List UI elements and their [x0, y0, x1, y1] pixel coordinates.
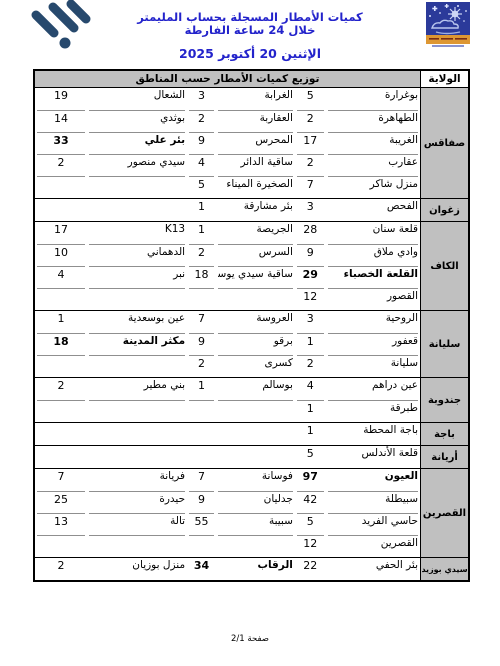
governorate-group: باجةباجة المحطة1	[35, 422, 468, 445]
station-name	[218, 288, 293, 310]
station-name: عين دراهم	[328, 378, 418, 400]
table-row: قعفور1برقو9مكثر المدينة18	[35, 333, 420, 355]
station-name: جدليان	[218, 491, 293, 513]
rainfall-value	[37, 400, 85, 422]
rainfall-table: الولاية توزيع كميات الأمطار حسب المناطق …	[33, 69, 470, 582]
rainfall-value: 55	[189, 513, 214, 535]
table-row: قلعة الأندلس5	[35, 446, 420, 468]
station-name	[89, 423, 185, 445]
rainfall-value: 2	[37, 378, 85, 400]
rainfall-value: 13	[37, 513, 85, 535]
rainfall-value: 12	[297, 288, 324, 310]
governorate-group: زغوانالفحص3بئر مشارقة1	[35, 198, 468, 221]
rainfall-value: 2	[297, 154, 324, 176]
rainfall-value: 17	[297, 132, 324, 154]
rainfall-value: 1	[189, 199, 214, 221]
station-name	[218, 423, 293, 445]
station-name: بوغرارة	[328, 88, 418, 110]
governorate-group: سيدي بوزيدبئر الحفي22الرقاب34منزل بوزيان…	[35, 557, 468, 580]
group-rows: قلعة سنان28الجريصة1K1317وادي ملاق9السرس2…	[35, 222, 420, 310]
page-number: صفحة 2/1	[0, 634, 500, 644]
station-name	[89, 400, 185, 422]
rainfall-value	[37, 446, 85, 468]
station-name: السرس	[218, 244, 293, 266]
station-name: سبيطلة	[328, 491, 418, 513]
document-page: كميات الأمطار المسجلة بحساب المليمتر خلا…	[0, 0, 500, 666]
logo-sun	[448, 7, 462, 21]
table-row: عين دراهم4بوسالم1بني مطير2	[35, 378, 420, 400]
report-title: كميات الأمطار المسجلة بحساب المليمتر خلا…	[90, 11, 410, 37]
group-rows: قلعة الأندلس5	[35, 446, 420, 468]
rainfall-value: 7	[37, 469, 85, 491]
station-name: الجريصة	[218, 222, 293, 244]
governorate-column-header: الولاية	[420, 71, 468, 87]
station-name: منزل شاكر	[328, 176, 418, 198]
rainfall-value	[37, 355, 85, 377]
station-name: بئر مشارقة	[218, 199, 293, 221]
table-row: باجة المحطة1	[35, 423, 420, 445]
rainfall-value: 5	[297, 513, 324, 535]
table-row: سليانة2كسرى2	[35, 355, 420, 377]
station-name: قلعة سنان	[328, 222, 418, 244]
rainfall-value	[37, 535, 85, 557]
station-name	[218, 400, 293, 422]
station-name: سليانة	[328, 355, 418, 377]
station-name: K13	[89, 222, 185, 244]
rainfall-value: 42	[297, 491, 324, 513]
station-name: بوسالم	[218, 378, 293, 400]
station-name: الفحص	[328, 199, 418, 221]
table-row: قلعة سنان28الجريصة1K1317	[35, 222, 420, 244]
rainfall-value: 19	[37, 88, 85, 110]
station-name: العروسة	[218, 311, 293, 333]
governorate-label: الكاف	[420, 222, 468, 310]
rainfall-value: 2	[189, 110, 214, 132]
table-body: صفاقسبوغرارة5الغرابة3الشعال19الطهاهرة2ال…	[35, 88, 468, 580]
governorate-group: القصرينالعيون97فوسانة7فريانة7سبيطلة42جدل…	[35, 468, 468, 557]
group-rows: الفحص3بئر مشارقة1	[35, 199, 420, 221]
governorate-group: أريانةقلعة الأندلس5	[35, 445, 468, 468]
rainfall-value: 7	[297, 176, 324, 198]
rainfall-value: 18	[189, 266, 214, 288]
governorate-label: باجة	[420, 423, 468, 445]
table-row: القلعة الخصباء29ساقية سيدي يوسف18نبر4	[35, 266, 420, 288]
report-date: الإثنين 20 أكتوبر 2025	[0, 46, 500, 61]
group-rows: العيون97فوسانة7فريانة7سبيطلة42جدليان9حيد…	[35, 469, 420, 557]
station-name: فريانة	[89, 469, 185, 491]
station-name	[89, 446, 185, 468]
group-rows: عين دراهم4بوسالم1بني مطير2طبرقة1	[35, 378, 420, 422]
governorate-label: القصرين	[420, 469, 468, 557]
rainfall-value: 10	[37, 244, 85, 266]
rainfall-value: 7	[189, 469, 214, 491]
table-row: بئر الحفي22الرقاب34منزل بوزيان2	[35, 558, 420, 580]
station-name: بئر الحفي	[328, 558, 418, 580]
station-name: مكثر المدينة	[89, 333, 185, 355]
station-name	[89, 199, 185, 221]
report-title-line2: خلال 24 ساعة الفارطة	[90, 24, 410, 37]
station-name	[89, 176, 185, 198]
rainfall-value: 2	[37, 558, 85, 580]
rainfall-value	[37, 423, 85, 445]
station-name: عين بوسعدية	[89, 311, 185, 333]
rainfall-value: 25	[37, 491, 85, 513]
rainfall-value: 29	[297, 266, 324, 288]
station-name: بني مطير	[89, 378, 185, 400]
station-name: القصرين	[328, 535, 418, 557]
station-name: القلعة الخصباء	[328, 266, 418, 288]
rainfall-value: 9	[189, 333, 214, 355]
rainfall-value: 5	[189, 176, 214, 198]
rainfall-value: 18	[37, 333, 85, 355]
station-name: بئر علي	[89, 132, 185, 154]
table-row: عقارب2ساقية الدائر4سيدي منصور2	[35, 154, 420, 176]
table-row: الفحص3بئر مشارقة1	[35, 199, 420, 221]
rainfall-value: 97	[297, 469, 324, 491]
station-name: نبر	[89, 266, 185, 288]
station-name: الشعال	[89, 88, 185, 110]
station-name	[89, 535, 185, 557]
group-rows: الروحية3العروسة7عين بوسعدية1قعفور1برقو9م…	[35, 311, 420, 377]
station-name: الروحية	[328, 311, 418, 333]
rainfall-value: 22	[297, 558, 324, 580]
station-name: قلعة الأندلس	[328, 446, 418, 468]
rainfall-value	[189, 535, 214, 557]
rainfall-value	[189, 423, 214, 445]
station-name: بوثدي	[89, 110, 185, 132]
rainfall-value: 2	[297, 355, 324, 377]
rainfall-value	[37, 199, 85, 221]
table-row: منزل شاكر7الصخيرة الميناء5	[35, 176, 420, 198]
rainfall-value: 2	[37, 154, 85, 176]
table-row: القصور12	[35, 288, 420, 310]
table-row: الغريبة17المحرس9بئر علي33	[35, 132, 420, 154]
governorate-group: الكافقلعة سنان28الجريصة1K1317وادي ملاق9ا…	[35, 221, 468, 310]
rainfall-value: 34	[189, 558, 214, 580]
rainfall-value: 1	[189, 378, 214, 400]
station-name: الغريبة	[328, 132, 418, 154]
rainfall-value: 17	[37, 222, 85, 244]
logo-sky	[426, 2, 470, 35]
rainfall-value: 4	[37, 266, 85, 288]
rainfall-value: 3	[297, 199, 324, 221]
table-row: وادي ملاق9السرس2الدهماني10	[35, 244, 420, 266]
rainfall-value: 5	[297, 446, 324, 468]
rainfall-value	[37, 176, 85, 198]
governorate-label: أريانة	[420, 446, 468, 468]
governorate-label: صفاقس	[420, 88, 468, 198]
logo-band-text-marks	[429, 38, 467, 40]
station-name	[218, 535, 293, 557]
station-name: منزل بوزيان	[89, 558, 185, 580]
table-row: طبرقة1	[35, 400, 420, 422]
table-header-row: الولاية توزيع كميات الأمطار حسب المناطق	[35, 71, 468, 88]
station-name: المحرس	[218, 132, 293, 154]
rainfall-value: 1	[297, 333, 324, 355]
group-rows: بوغرارة5الغرابة3الشعال19الطهاهرة2العقارب…	[35, 88, 420, 198]
rainfall-value: 12	[297, 535, 324, 557]
governorate-group: صفاقسبوغرارة5الغرابة3الشعال19الطهاهرة2ال…	[35, 88, 468, 198]
rainfall-value	[37, 288, 85, 310]
station-name: العيون	[328, 469, 418, 491]
table-row: الروحية3العروسة7عين بوسعدية1	[35, 311, 420, 333]
governorate-group: جندوبةعين دراهم4بوسالم1بني مطير2طبرقة1	[35, 377, 468, 422]
station-name: كسرى	[218, 355, 293, 377]
governorate-label: زغوان	[420, 199, 468, 221]
station-name: الغرابة	[218, 88, 293, 110]
rainfall-value	[189, 288, 214, 310]
rainfall-value: 7	[189, 311, 214, 333]
station-name: حيدرة	[89, 491, 185, 513]
station-name: ساقية سيدي يوسف	[218, 266, 293, 288]
table-row: سبيطلة42جدليان9حيدرة25	[35, 491, 420, 513]
rainfall-value: 9	[189, 491, 214, 513]
station-name: القصور	[328, 288, 418, 310]
rainfall-value: 28	[297, 222, 324, 244]
distribution-column-header: توزيع كميات الأمطار حسب المناطق	[35, 71, 420, 87]
rainfall-value: 9	[297, 244, 324, 266]
rainfall-value: 4	[297, 378, 324, 400]
rainfall-value: 1	[297, 400, 324, 422]
rainfall-value: 14	[37, 110, 85, 132]
station-name	[89, 288, 185, 310]
inm-institute-logo	[426, 2, 470, 48]
station-name: باجة المحطة	[328, 423, 418, 445]
governorate-group: سليانةالروحية3العروسة7عين بوسعدية1قعفور1…	[35, 310, 468, 377]
table-row: الطهاهرة2العقاربة2بوثدي14	[35, 110, 420, 132]
station-name: الصخيرة الميناء	[218, 176, 293, 198]
rainfall-value: 5	[297, 88, 324, 110]
governorate-label: سيدي بوزيد	[420, 558, 468, 580]
rainfall-value	[189, 400, 214, 422]
rainfall-value: 9	[189, 132, 214, 154]
rainfall-value: 1	[37, 311, 85, 333]
station-name: سبيبة	[218, 513, 293, 535]
station-name	[218, 446, 293, 468]
group-rows: بئر الحفي22الرقاب34منزل بوزيان2	[35, 558, 420, 580]
station-name: العقاربة	[218, 110, 293, 132]
station-name: الرقاب	[218, 558, 293, 580]
rainfall-value: 1	[189, 222, 214, 244]
rainfall-value: 3	[297, 311, 324, 333]
rainfall-value: 3	[189, 88, 214, 110]
met-streaks-logo	[20, 0, 98, 52]
station-name: تالة	[89, 513, 185, 535]
station-name	[89, 355, 185, 377]
rainfall-value: 2	[297, 110, 324, 132]
station-name: برقو	[218, 333, 293, 355]
station-name: وادي ملاق	[328, 244, 418, 266]
station-name: سيدي منصور	[89, 154, 185, 176]
rainfall-value: 4	[189, 154, 214, 176]
rainfall-value	[189, 446, 214, 468]
rainfall-value: 2	[189, 244, 214, 266]
station-name: الدهماني	[89, 244, 185, 266]
station-name: حاسي الفريد	[328, 513, 418, 535]
station-name: فوسانة	[218, 469, 293, 491]
station-name: ساقية الدائر	[218, 154, 293, 176]
table-row: العيون97فوسانة7فريانة7	[35, 469, 420, 491]
table-row: حاسي الفريد5سبيبة55تالة13	[35, 513, 420, 535]
table-row: بوغرارة5الغرابة3الشعال19	[35, 88, 420, 110]
rainfall-value: 33	[37, 132, 85, 154]
governorate-label: سليانة	[420, 311, 468, 377]
governorate-label: جندوبة	[420, 378, 468, 422]
station-name: عقارب	[328, 154, 418, 176]
table-row: القصرين12	[35, 535, 420, 557]
group-rows: باجة المحطة1	[35, 423, 420, 445]
station-name: قعفور	[328, 333, 418, 355]
rainfall-value: 2	[189, 355, 214, 377]
station-name: طبرقة	[328, 400, 418, 422]
station-name: الطهاهرة	[328, 110, 418, 132]
rainfall-value: 1	[297, 423, 324, 445]
